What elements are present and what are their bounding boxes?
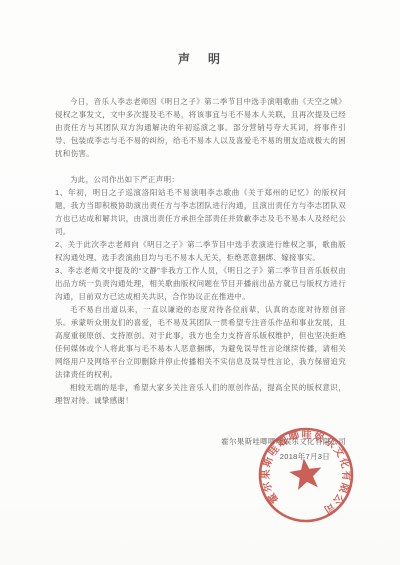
statement-item-3: 3、李志老师文中提及的“文静”非我方工作人员，《明日之子》第二季节目音乐版权由出… [55,264,346,303]
statement-item-1: 1、年初，明日之子巡演洛阳站毛不易演唱李志歌曲《关于郑州的记忆》的版权问题，我方… [55,186,346,238]
statement-item-2: 2、关于此次李志老师向《明日之子》第二季节目中选手表演进行维权之事，歌曲版权沟通… [55,238,346,264]
signature-company: 霍尔果斯哇唧唧哇娱乐文化有限公司 [55,436,346,447]
statement-paragraph-closing: 相较无端的是非，希望大家多关注音乐人们的原创作品，提高全民的版权意识，理智对待。… [55,381,346,407]
signature-date: 2018年7月3日 [55,451,346,462]
signature-block: 霍尔果斯哇唧唧哇娱乐文化有限公司 2018年7月3日 [55,436,346,462]
statement-document-page: 声 明 今日，音乐人李志老师因《明日之子》第二季节目中选手演唱歌曲《天空之城》侵… [0,0,400,565]
statement-paragraph-intro: 今日，音乐人李志老师因《明日之子》第二季节目中选手演唱歌曲《天空之城》侵权之事发… [55,95,346,160]
statement-paragraph-lead-in: 为此，公司作出如下严正声明： [55,173,346,186]
document-content: 声 明 今日，音乐人李志老师因《明日之子》第二季节目中选手演唱歌曲《天空之城》侵… [55,50,346,462]
statement-paragraph-position: 毛不易自出道以来，一直以谦逊的态度对待各位前辈，认真的态度对待原创音乐。承蒙听众… [55,303,346,381]
document-title: 声 明 [55,50,346,67]
